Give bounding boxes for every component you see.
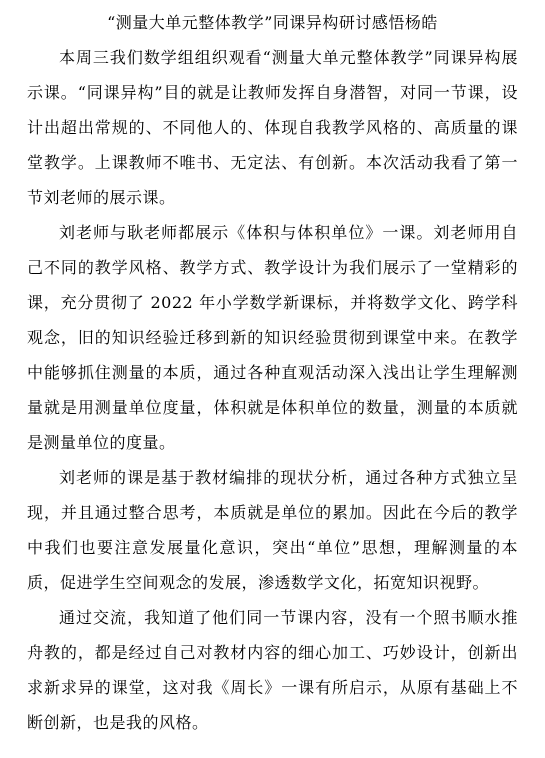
paragraph-conclusion: 通过交流，我知道了他们同一节课内容，没有一个照书顺水推舟教的，都是经过自己对教材… — [27, 600, 518, 740]
paragraph-intro: 本周三我们数学组组织观看“测量大单元整体教学”同课异构展示课。“同课异构”目的就… — [27, 40, 518, 215]
paragraph-reflection: 刘老师的课是基于教材编排的现状分析，通过各种方式独立呈现，并且通过整合思考，本质… — [27, 460, 518, 600]
document-title: “测量大单元整体教学”同课异构研讨感悟杨皓 — [27, 5, 518, 40]
document-page: “测量大单元整体教学”同课异构研讨感悟杨皓 本周三我们数学组组织观看“测量大单元… — [0, 0, 545, 758]
paragraph-lesson-display: 刘老师与耿老师都展示《体积与体积单位》一课。刘老师用自己不同的教学风格、教学方式… — [27, 215, 518, 460]
